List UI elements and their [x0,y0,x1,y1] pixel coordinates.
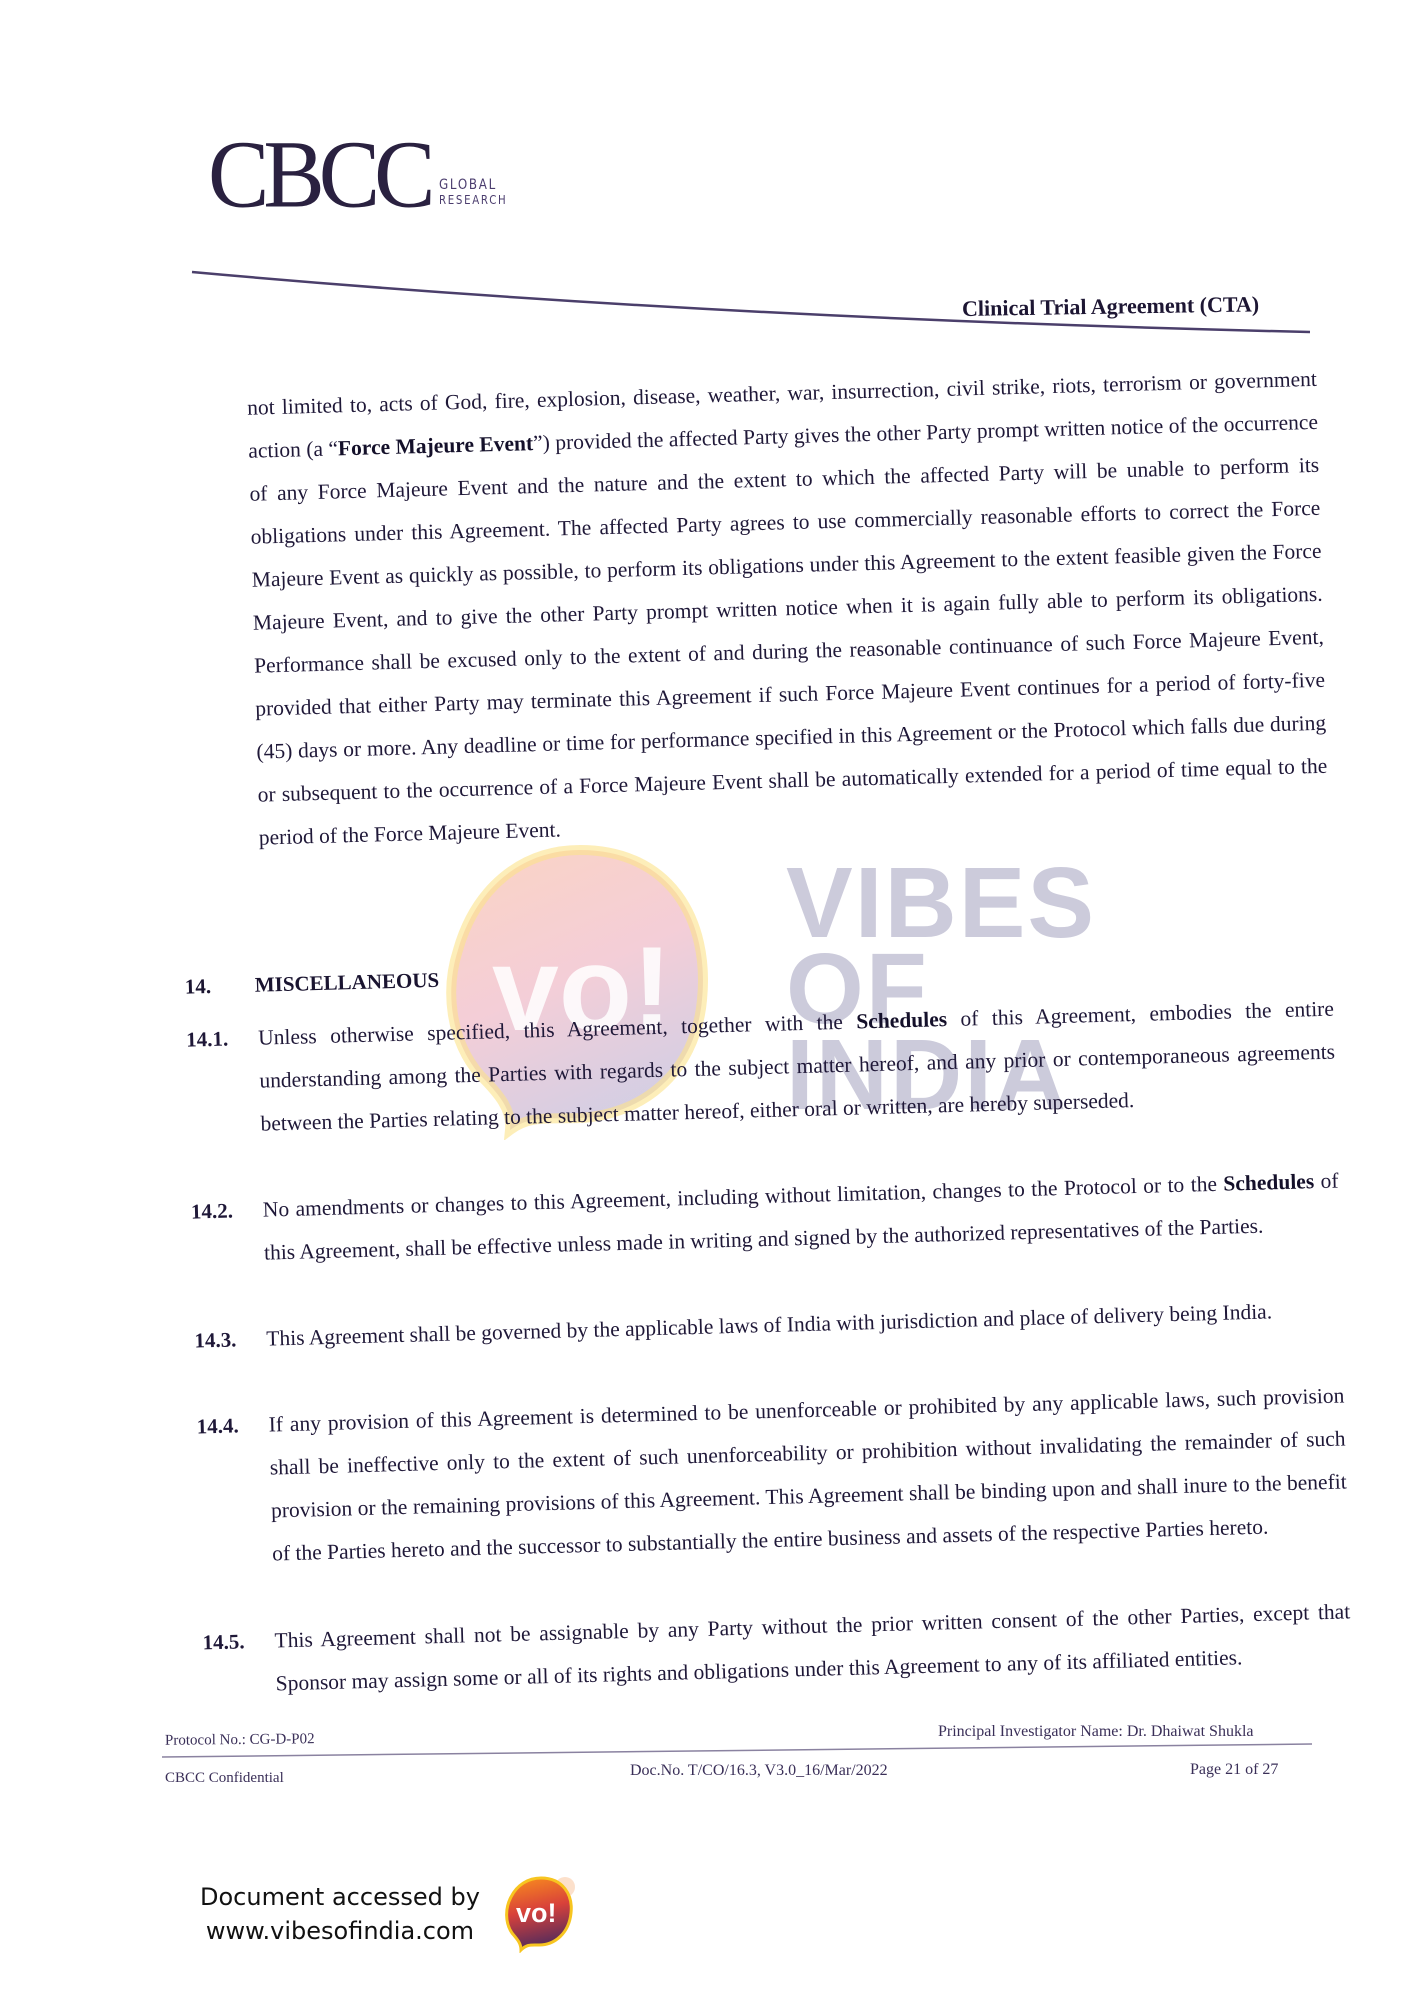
svg-text:vo!: vo! [516,1898,557,1928]
section-number: 14. [184,973,255,1000]
clause-14-4: 14.4. If any provision of this Agreement… [196,1374,1348,1577]
clause-text: Unless otherwise specified, this Agreeme… [258,988,1337,1146]
paragraph-text: ”) provided the affected Party gives the… [249,410,1327,850]
document-body: not limited to, acts of God, fire, explo… [0,0,1404,36]
accessed-by-url: www.vibesofindia.com [200,1914,480,1948]
accessed-by-notice: Document accessed by www.vibesofindia.co… [200,1880,480,1948]
protocol-number: Protocol No.: CG-D-P02 [165,1731,315,1750]
clause-14-1: 14.1. Unless otherwise specified, this A… [186,988,1337,1148]
accessed-by-line1: Document accessed by [200,1880,480,1914]
clause-text: This Agreement shall not be assignable b… [274,1590,1352,1705]
clause-number: 14.3. [194,1318,237,1362]
logo-wordmark: CBCC [208,126,429,223]
clause-number: 14.2. [190,1189,233,1233]
document-page: CBCC GLOBAL RESEARCH Clinical Trial Agre… [0,0,1414,2000]
cbcc-logo: CBCC GLOBAL RESEARCH [208,128,520,220]
page-number: Page 21 of 27 [1190,1761,1278,1779]
clause-number: 14.4. [196,1404,239,1448]
logo-subtitle-line2: RESEARCH [439,193,507,208]
watermark-line1: VIBES [786,860,1096,946]
document-number: Doc.No. T/CO/16.3, V3.0_16/Mar/2022 [630,1762,888,1780]
clause-14-5: 14.5. This Agreement shall not be assign… [202,1590,1352,1707]
confidential-label: CBCC Confidential [165,1770,284,1787]
defined-term: Force Majeure Event [338,431,534,460]
force-majeure-paragraph: not limited to, acts of God, fire, explo… [247,358,1329,860]
clause-text: If any provision of this Agreement is de… [268,1374,1348,1575]
document-title: Clinical Trial Agreement (CTA) [962,291,1260,322]
logo-subtitle: GLOBAL RESEARCH [439,178,507,208]
clause-text: This Agreement shall be governed by the … [266,1288,1343,1360]
section-heading: 14.MISCELLANEOUS [184,968,439,1000]
clause-14-2: 14.2. No amendments or changes to this A… [190,1160,1340,1277]
clause-14-3: 14.3. This Agreement shall be governed b… [194,1288,1343,1362]
section-title: MISCELLANEOUS [254,968,439,997]
logo-subtitle-line1: GLOBAL [439,178,507,193]
clause-number: 14.5. [202,1620,245,1664]
principal-investigator: Principal Investigator Name: Dr. Dhaiwat… [938,1723,1253,1741]
vo-logo-icon: vo! [503,1873,577,1953]
clause-number: 14.1. [186,1018,229,1062]
clause-text: No amendments or changes to this Agreeme… [262,1160,1340,1275]
